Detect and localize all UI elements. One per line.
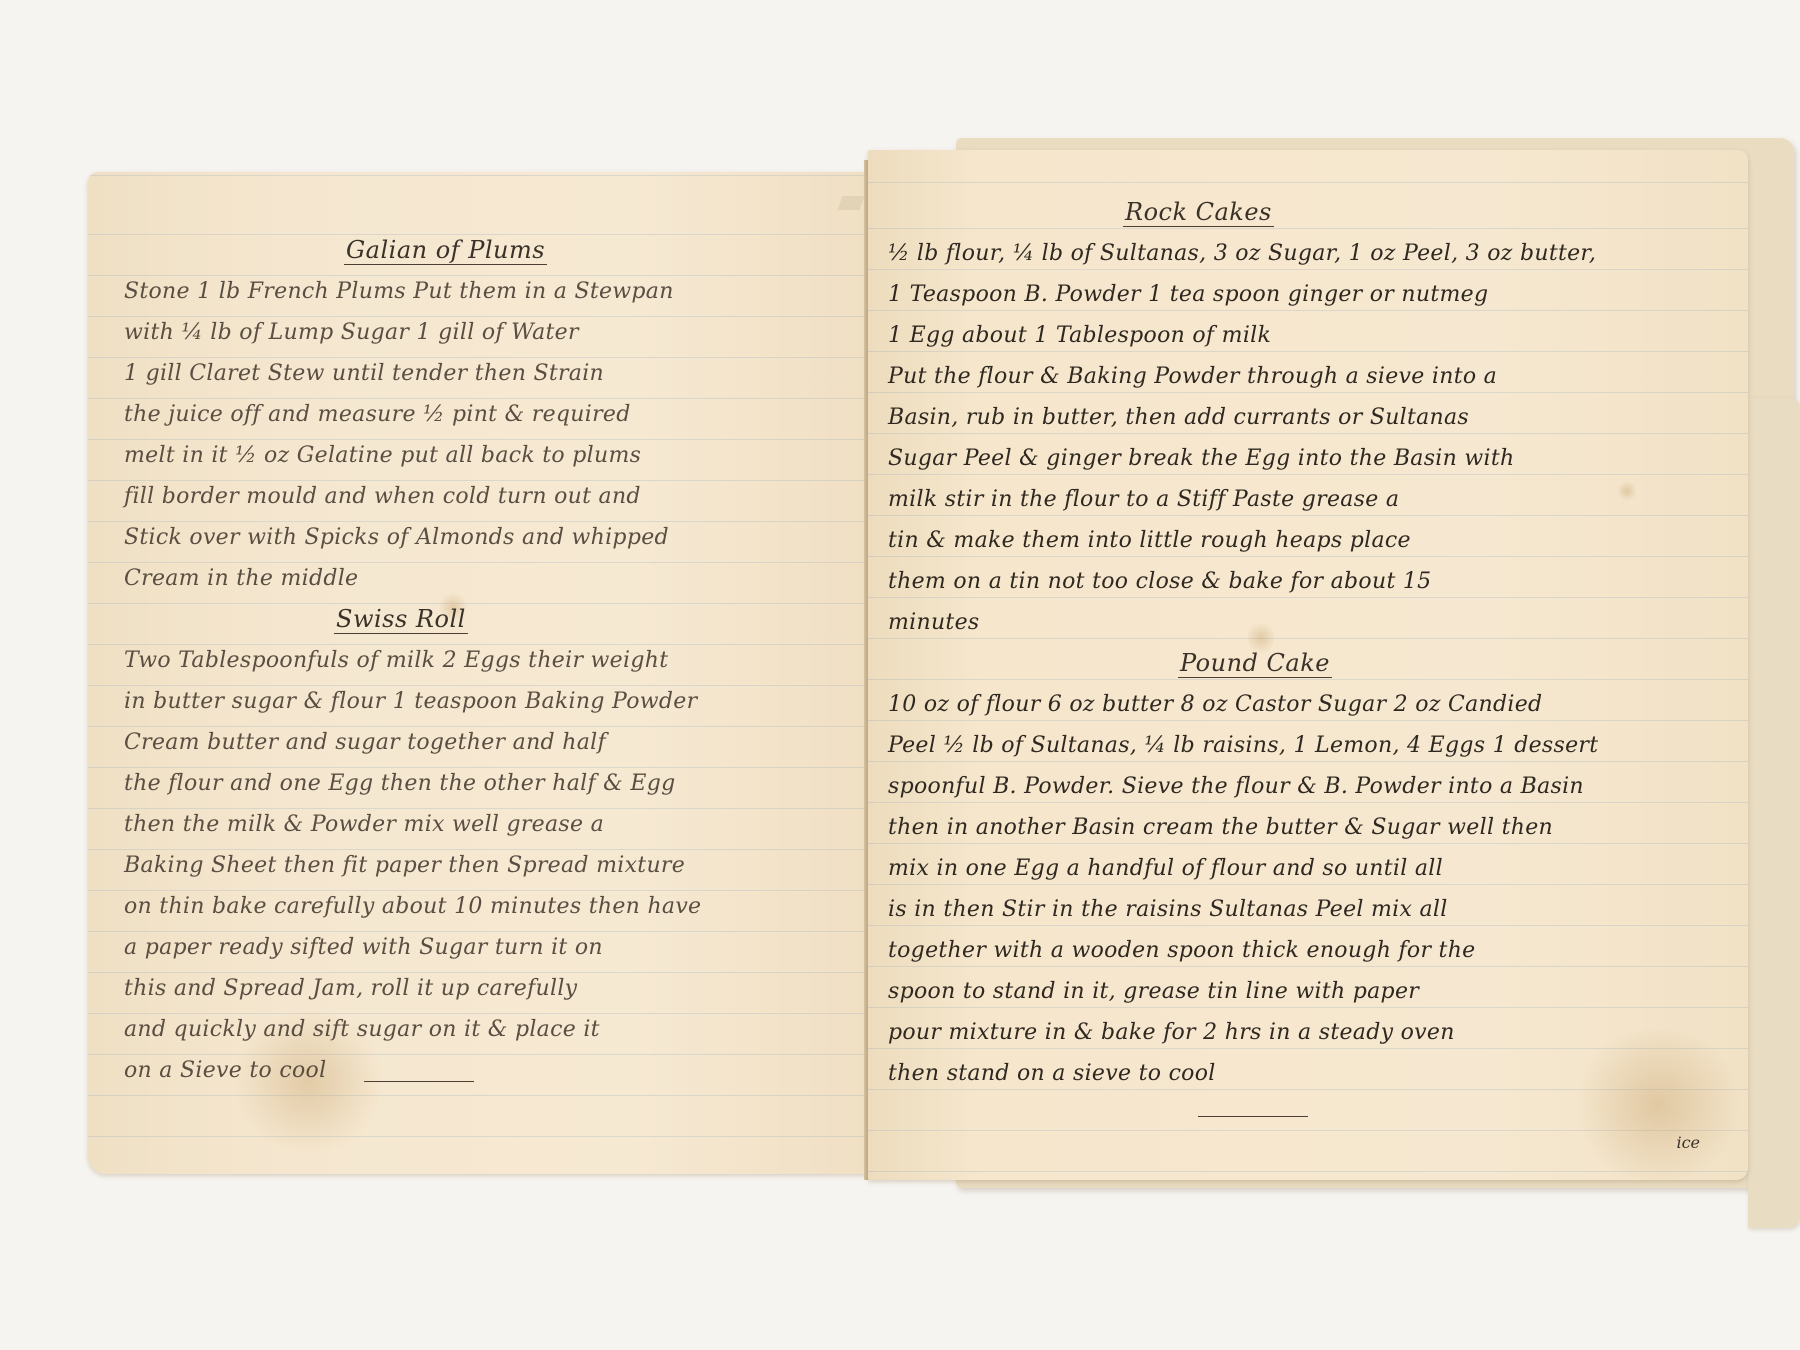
recipe-line: this and Spread Jam, roll it up carefull…: [124, 968, 844, 1009]
recipe-line: pour mixture in & bake for 2 hrs in a st…: [888, 1012, 1728, 1053]
recipe-galian-of-plums: Galian of Plums Stone 1 lb French Plums …: [124, 230, 844, 599]
recipe-line: Put the flour & Baking Powder through a …: [888, 356, 1728, 397]
recipe-line: mix in one Egg a handful of flour and so…: [888, 848, 1728, 889]
loose-page-edge: [1748, 398, 1800, 1228]
open-notebook: Galian of Plums Stone 1 lb French Plums …: [88, 138, 1728, 1188]
recipe-line: 1 gill Claret Stew until tender then Str…: [124, 353, 844, 394]
recipe-line: Stick over with Spicks of Almonds and wh…: [124, 517, 844, 558]
recipe-line: 1 Teaspoon B. Powder 1 tea spoon ginger …: [888, 274, 1728, 315]
corner-mark: ice: [1676, 1133, 1700, 1152]
recipe-title: Swiss Roll: [334, 599, 844, 640]
recipe-line: and quickly and sift sugar on it & place…: [124, 1009, 844, 1050]
recipe-line: is in then Stir in the raisins Sultanas …: [888, 889, 1728, 930]
recipe-line: Sugar Peel & ginger break the Egg into t…: [888, 438, 1728, 479]
recipe-line: together with a wooden spoon thick enoug…: [888, 930, 1728, 971]
recipe-rock-cakes: Rock Cakes ½ lb flour, ¼ lb of Sultanas,…: [888, 192, 1728, 643]
recipe-line: milk stir in the flour to a Stiff Paste …: [888, 479, 1728, 520]
end-of-recipe-rule: [364, 1081, 474, 1082]
recipe-line: in butter sugar & flour 1 teaspoon Bakin…: [124, 681, 844, 722]
recipe-line: 10 oz of flour 6 oz butter 8 oz Castor S…: [888, 684, 1728, 725]
recipe-line: then in another Basin cream the butter &…: [888, 807, 1728, 848]
recipe-line: Basin, rub in butter, then add currants …: [888, 397, 1728, 438]
recipe-line: spoon to stand in it, grease tin line wi…: [888, 971, 1728, 1012]
recipe-line: Cream butter and sugar together and half: [124, 722, 844, 763]
recipe-line: 1 Egg about 1 Tablespoon of milk: [888, 315, 1728, 356]
right-page: Rock Cakes ½ lb flour, ¼ lb of Sultanas,…: [868, 150, 1748, 1180]
recipe-line: a paper ready sifted with Sugar turn it …: [124, 927, 844, 968]
recipe-title: Galian of Plums: [324, 230, 844, 271]
recipe-line: then the milk & Powder mix well grease a: [124, 804, 844, 845]
right-page-content: Rock Cakes ½ lb flour, ¼ lb of Sultanas,…: [888, 192, 1728, 1117]
recipe-line: ½ lb flour, ¼ lb of Sultanas, 3 oz Sugar…: [888, 233, 1728, 274]
recipe-swiss-roll: Swiss Roll Two Tablespoonfuls of milk 2 …: [124, 599, 844, 1082]
recipe-line: Baking Sheet then fit paper then Spread …: [124, 845, 844, 886]
recipe-line: Two Tablespoonfuls of milk 2 Eggs their …: [124, 640, 844, 681]
recipe-line: tin & make them into little rough heaps …: [888, 520, 1728, 561]
recipe-line: the flour and one Egg then the other hal…: [124, 763, 844, 804]
recipe-line: spoonful B. Powder. Sieve the flour & B.…: [888, 766, 1728, 807]
recipe-line: fill border mould and when cold turn out…: [124, 476, 844, 517]
recipe-line: Cream in the middle: [124, 558, 844, 599]
recipe-line: melt in it ½ oz Gelatine put all back to…: [124, 435, 844, 476]
left-page: Galian of Plums Stone 1 lb French Plums …: [88, 172, 866, 1174]
recipe-line: on thin bake carefully about 10 minutes …: [124, 886, 844, 927]
recipe-title: Rock Cakes: [1123, 192, 1728, 233]
recipe-line: then stand on a sieve to cool: [888, 1053, 1728, 1094]
recipe-pound-cake: Pound Cake 10 oz of flour 6 oz butter 8 …: [888, 643, 1728, 1117]
recipe-line: the juice off and measure ½ pint & requi…: [124, 394, 844, 435]
end-of-recipe-rule: [1198, 1116, 1308, 1117]
recipe-line: them on a tin not too close & bake for a…: [888, 561, 1728, 602]
recipe-line: Stone 1 lb French Plums Put them in a St…: [124, 271, 844, 312]
left-page-content: Galian of Plums Stone 1 lb French Plums …: [124, 230, 844, 1082]
recipe-title: Pound Cake: [1178, 643, 1728, 684]
recipe-line: minutes: [888, 602, 1728, 643]
recipe-line: on a Sieve to cool: [124, 1050, 844, 1091]
recipe-line: Peel ½ lb of Sultanas, ¼ lb raisins, 1 L…: [888, 725, 1728, 766]
recipe-line: with ¼ lb of Lump Sugar 1 gill of Water: [124, 312, 844, 353]
